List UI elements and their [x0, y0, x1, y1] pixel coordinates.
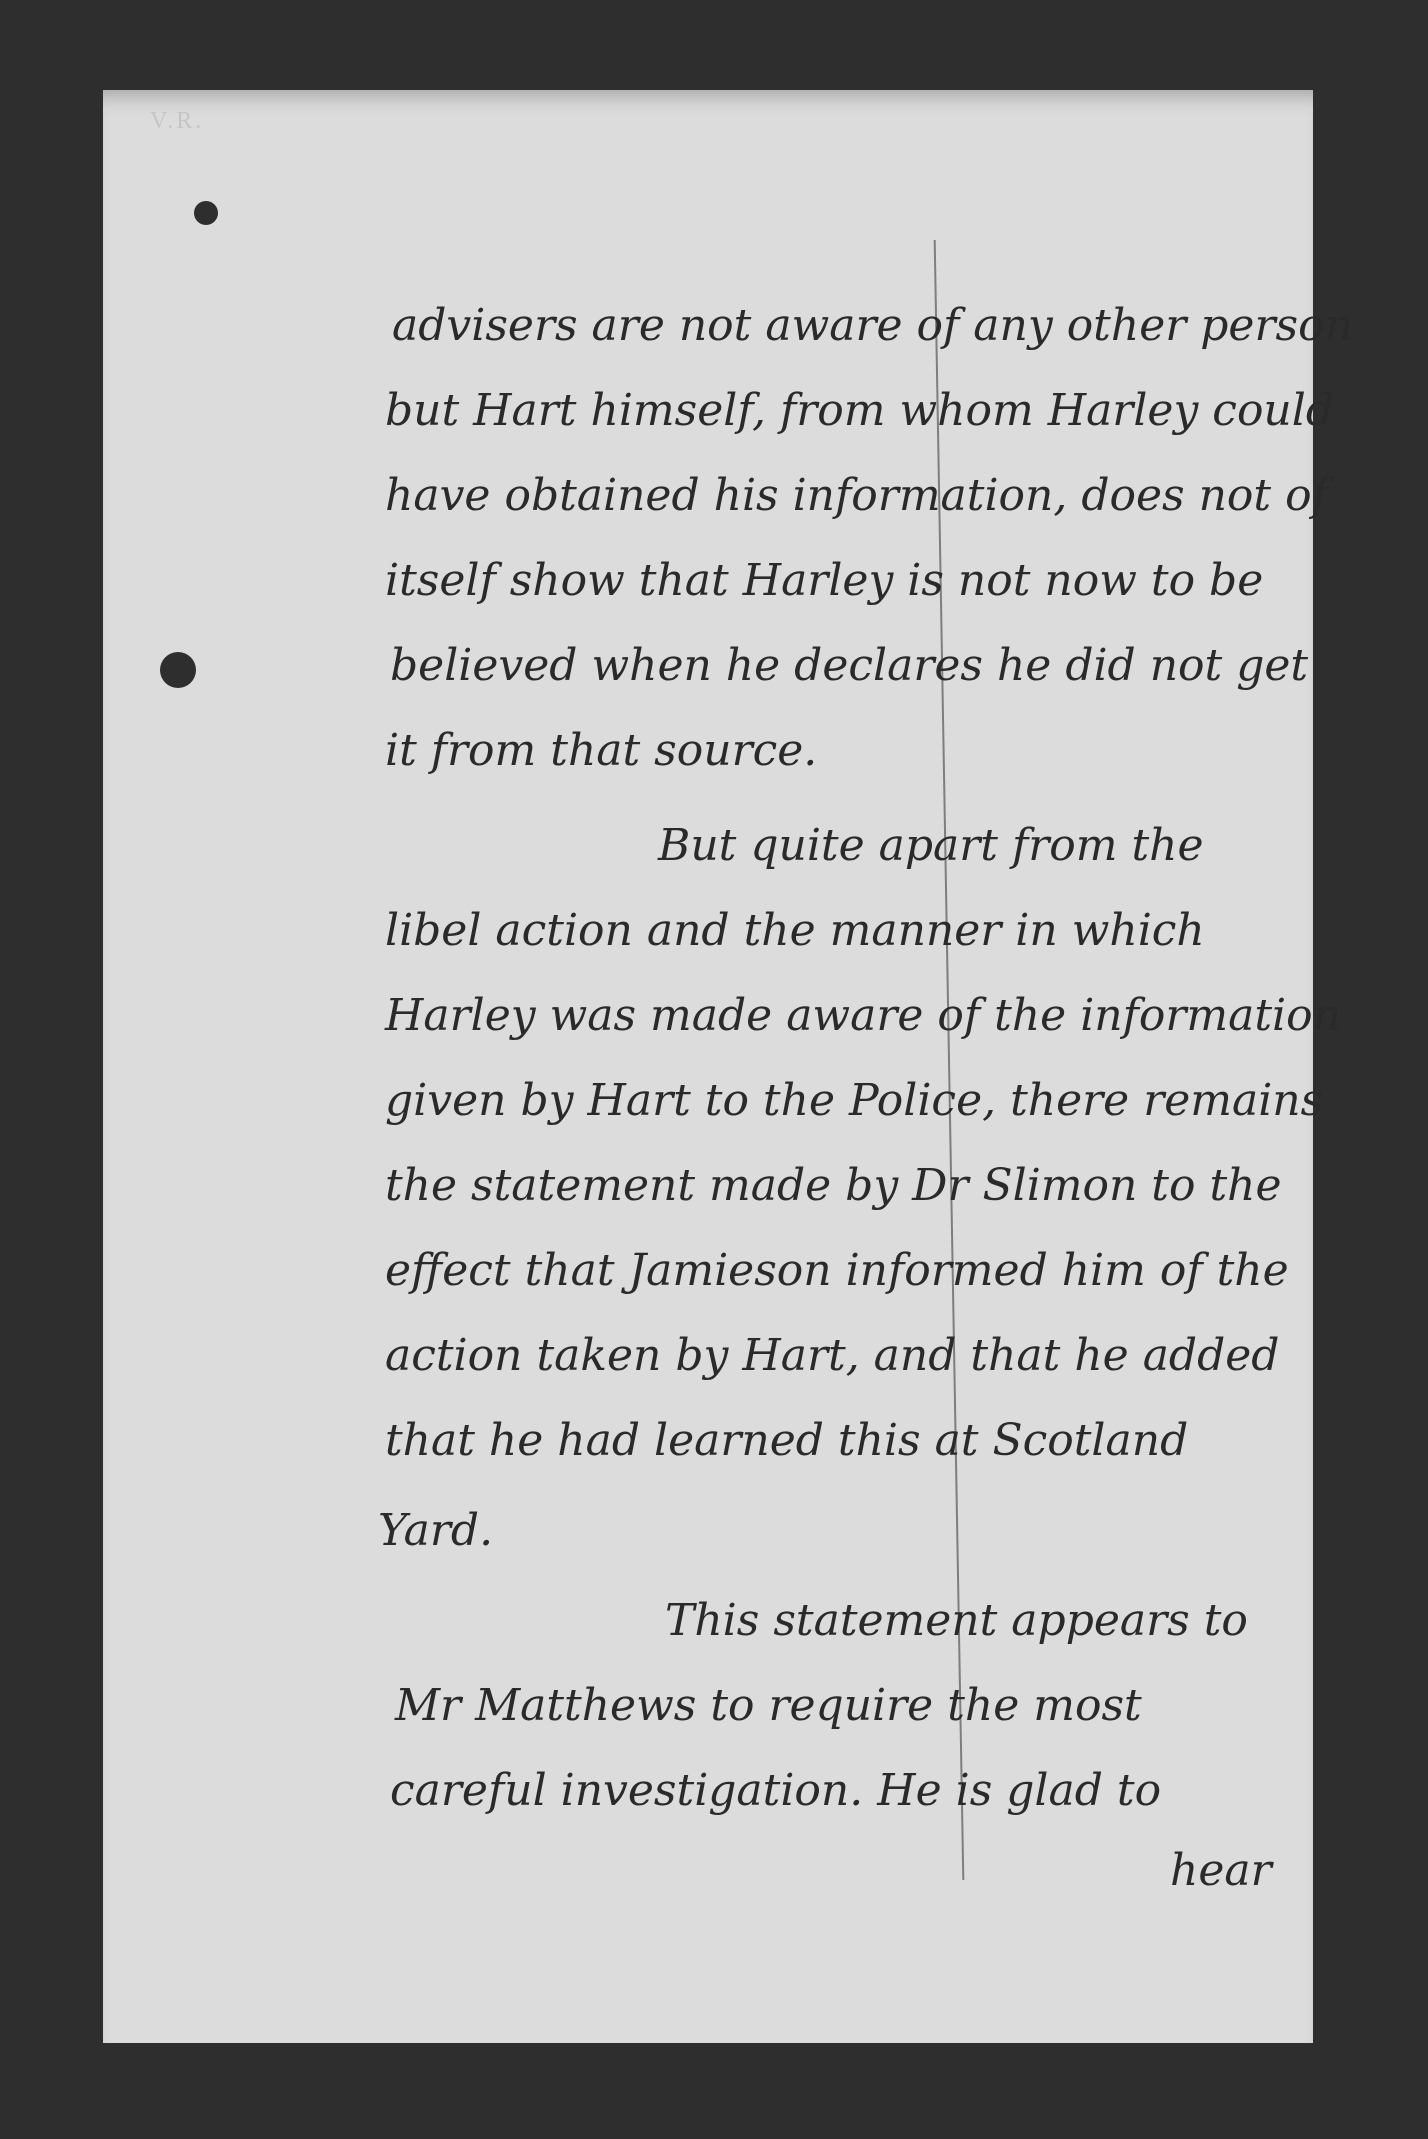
text-line: itself show that Harley is not now to be	[385, 555, 1263, 606]
text-line: action taken by Hart, and that he added	[385, 1330, 1279, 1381]
text-line: effect that Jamieson informed him of the	[385, 1245, 1289, 1296]
text-line: that he had learned this at Scotland	[385, 1415, 1188, 1466]
text-line: careful investigation. He is glad to	[390, 1765, 1161, 1816]
text-line: given by Hart to the Police, there remai…	[385, 1075, 1323, 1126]
text-line: believed when he declares he did not get	[390, 640, 1308, 691]
document-page	[103, 90, 1313, 2043]
punch-hole-icon	[194, 201, 218, 225]
text-line: but Hart himself, from whom Harley could	[385, 385, 1334, 436]
text-line: Mr Matthews to require the most	[395, 1680, 1142, 1731]
text-line: have obtained his information, does not …	[385, 470, 1328, 521]
text-line: Harley was made aware of the information	[385, 990, 1341, 1041]
punch-hole-icon	[160, 652, 196, 688]
text-line: advisers are not aware of any other pers…	[392, 300, 1353, 351]
text-line: This statement appears to	[665, 1595, 1248, 1646]
text-line: the statement made by Dr Slimon to the	[385, 1160, 1282, 1211]
text-line: But quite apart from the	[658, 820, 1204, 871]
vr-stamp: V.R.	[150, 108, 204, 135]
text-line: hear	[1170, 1845, 1272, 1896]
text-line: Yard.	[378, 1505, 493, 1556]
text-line: libel action and the manner in which	[385, 905, 1205, 956]
text-line: it from that source.	[385, 725, 817, 776]
